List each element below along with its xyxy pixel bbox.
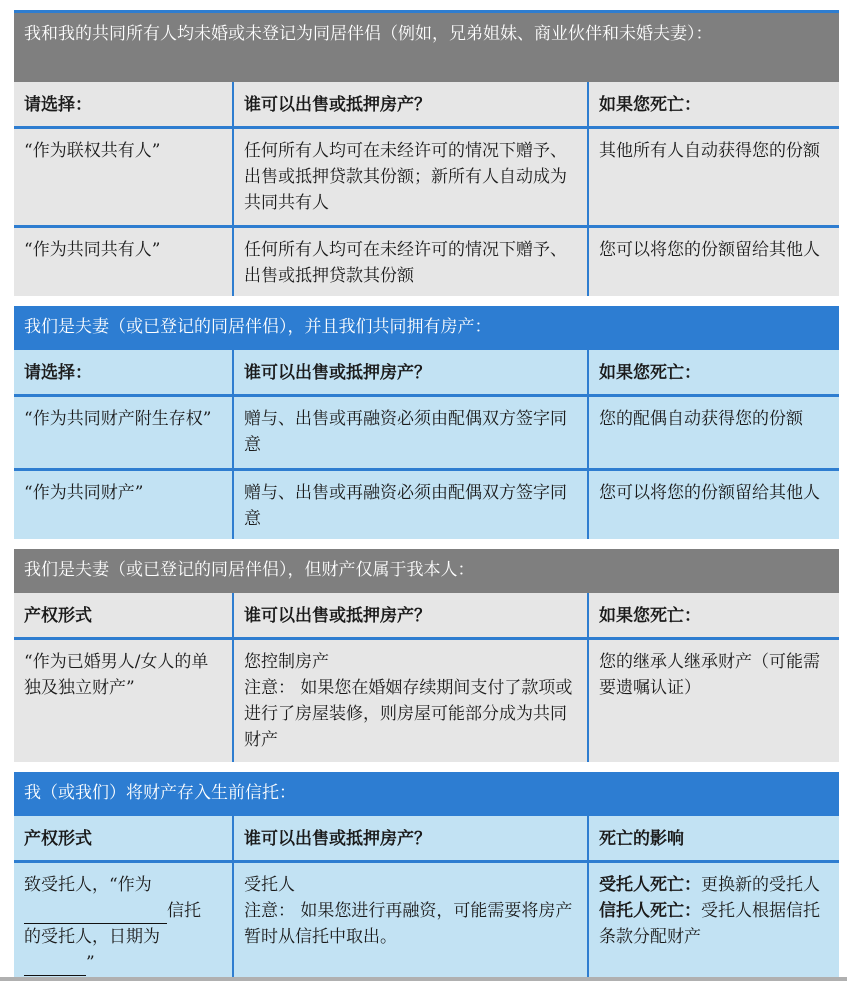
header-effect-of-death: 死亡的影响 (589, 816, 839, 860)
trustor-death-label: 信托人死亡： (599, 901, 701, 921)
trust-name-blank (24, 907, 167, 924)
section-title: 我们是夫妻（或已登记的同居伴侣），但财产仅属于我本人： (14, 549, 839, 593)
note-text: 注意： 如果您在婚姻存续期间支付了款项或进行了房屋装修，则房屋可能部分成为共同财… (244, 675, 577, 753)
section-title: 我们是夫妻（或已登记的同居伴侣），并且我们共同拥有房产： (14, 306, 839, 350)
effect-of-death-cell: 受托人死亡：更换新的受托人 信托人死亡：受托人根据信托条款分配财产 (589, 863, 839, 980)
table-row: “作为共同财产附生存权” 赠与、出售或再融资必须由配偶双方签字同意 您的配偶自动… (14, 397, 839, 471)
section-unmarried-co-owners: 我和我的共同所有人均未婚或未登记为同居伴侣（例如，兄弟姐妹、商业伙伴和未婚夫妻）… (14, 10, 839, 296)
trust-text-4: ” (86, 953, 95, 973)
who-can-sell: 受托人 (244, 872, 577, 898)
who-can-sell-cell: 您控制房产 注意： 如果您在婚姻存续期间支付了款项或进行了房屋装修，则房屋可能部… (234, 640, 589, 762)
section-title: 我（或我们）将财产存入生前信托： (14, 772, 839, 816)
table-row: 致受托人，“作为 信托 的受托人，日期为 ” 受托人 注意： 如果您进行再融资，… (14, 863, 839, 980)
table-row: “作为联权共有人” 任何所有人均可在未经许可的情况下赠予、出售或抵押贷款其份额；… (14, 129, 839, 228)
note-text: 注意： 如果您进行再融资，可能需要将房产暂时从信托中取出。 (244, 898, 577, 950)
title-form: “作为已婚男人/女人的单独及独立财产” (14, 640, 234, 762)
header-row: 产权形式 谁可以出售或抵押房产？ 死亡的影响 (14, 816, 839, 863)
header-if-you-die: 如果您死亡： (589, 593, 839, 637)
if-you-die: 您可以将您的份额留给其他人 (589, 228, 839, 296)
section-married-joint: 我们是夫妻（或已登记的同居伴侣），并且我们共同拥有房产： 请选择： 谁可以出售或… (14, 306, 839, 539)
header-who-can-sell: 谁可以出售或抵押房产？ (234, 593, 589, 637)
section-title: 我和我的共同所有人均未婚或未登记为同居伴侣（例如，兄弟姐妹、商业伙伴和未婚夫妻）… (14, 10, 839, 82)
trust-text-3: 的受托人，日期为 (24, 927, 160, 947)
title-form: “作为联权共有人” (14, 129, 234, 225)
section-married-separate: 我们是夫妻（或已登记的同居伴侣），但财产仅属于我本人： 产权形式 谁可以出售或抵… (14, 549, 839, 762)
trustee-death-label: 受托人死亡： (599, 875, 701, 895)
who-can-sell: 赠与、出售或再融资必须由配偶双方签字同意 (234, 471, 589, 539)
trust-text-2: 信托 (167, 901, 201, 921)
header-if-you-die: 如果您死亡： (589, 82, 839, 126)
who-can-sell: 赠与、出售或再融资必须由配偶双方签字同意 (234, 397, 589, 468)
header-who-can-sell: 谁可以出售或抵押房产？ (234, 816, 589, 860)
table-row: “作为共同共有人” 任何所有人均可在未经许可的情况下赠予、出售或抵押贷款其份额 … (14, 228, 839, 296)
header-who-can-sell: 谁可以出售或抵押房产？ (234, 82, 589, 126)
header-row: 产权形式 谁可以出售或抵押房产？ 如果您死亡： (14, 593, 839, 640)
title-form-trust: 致受托人，“作为 信托 的受托人，日期为 ” (14, 863, 234, 980)
trust-date-blank (24, 959, 86, 976)
title-form: “作为共同财产” (14, 471, 234, 539)
header-title-form: 产权形式 (14, 593, 234, 637)
header-choose: 请选择： (14, 350, 234, 394)
who-can-sell: 您控制房产 (244, 649, 577, 675)
who-can-sell-cell: 受托人 注意： 如果您进行再融资，可能需要将房产暂时从信托中取出。 (234, 863, 589, 980)
section-living-trust: 我（或我们）将财产存入生前信托： 产权形式 谁可以出售或抵押房产？ 死亡的影响 … (14, 772, 839, 980)
table-row: “作为共同财产” 赠与、出售或再融资必须由配偶双方签字同意 您可以将您的份额留给… (14, 471, 839, 539)
header-who-can-sell: 谁可以出售或抵押房产？ (234, 350, 589, 394)
header-row: 请选择： 谁可以出售或抵押房产？ 如果您死亡： (14, 350, 839, 397)
who-can-sell: 任何所有人均可在未经许可的情况下赠予、出售或抵押贷款其份额；新所有人自动成为共同… (234, 129, 589, 225)
header-row: 请选择： 谁可以出售或抵押房产？ 如果您死亡： (14, 82, 839, 129)
if-you-die: 其他所有人自动获得您的份额 (589, 129, 839, 225)
header-if-you-die: 如果您死亡： (589, 350, 839, 394)
if-you-die: 您可以将您的份额留给其他人 (589, 471, 839, 539)
if-you-die: 您的配偶自动获得您的份额 (589, 397, 839, 468)
trust-text-1: 致受托人，“作为 (24, 875, 152, 895)
title-form: “作为共同共有人” (14, 228, 234, 296)
trustee-death-text: 更换新的受托人 (701, 875, 820, 895)
table-row: “作为已婚男人/女人的单独及独立财产” 您控制房产 注意： 如果您在婚姻存续期间… (14, 640, 839, 762)
page-bottom-edge (0, 977, 847, 981)
title-form: “作为共同财产附生存权” (14, 397, 234, 468)
header-title-form: 产权形式 (14, 816, 234, 860)
header-choose: 请选择： (14, 82, 234, 126)
who-can-sell: 任何所有人均可在未经许可的情况下赠予、出售或抵押贷款其份额 (234, 228, 589, 296)
if-you-die: 您的继承人继承财产（可能需要遗嘱认证） (589, 640, 839, 762)
